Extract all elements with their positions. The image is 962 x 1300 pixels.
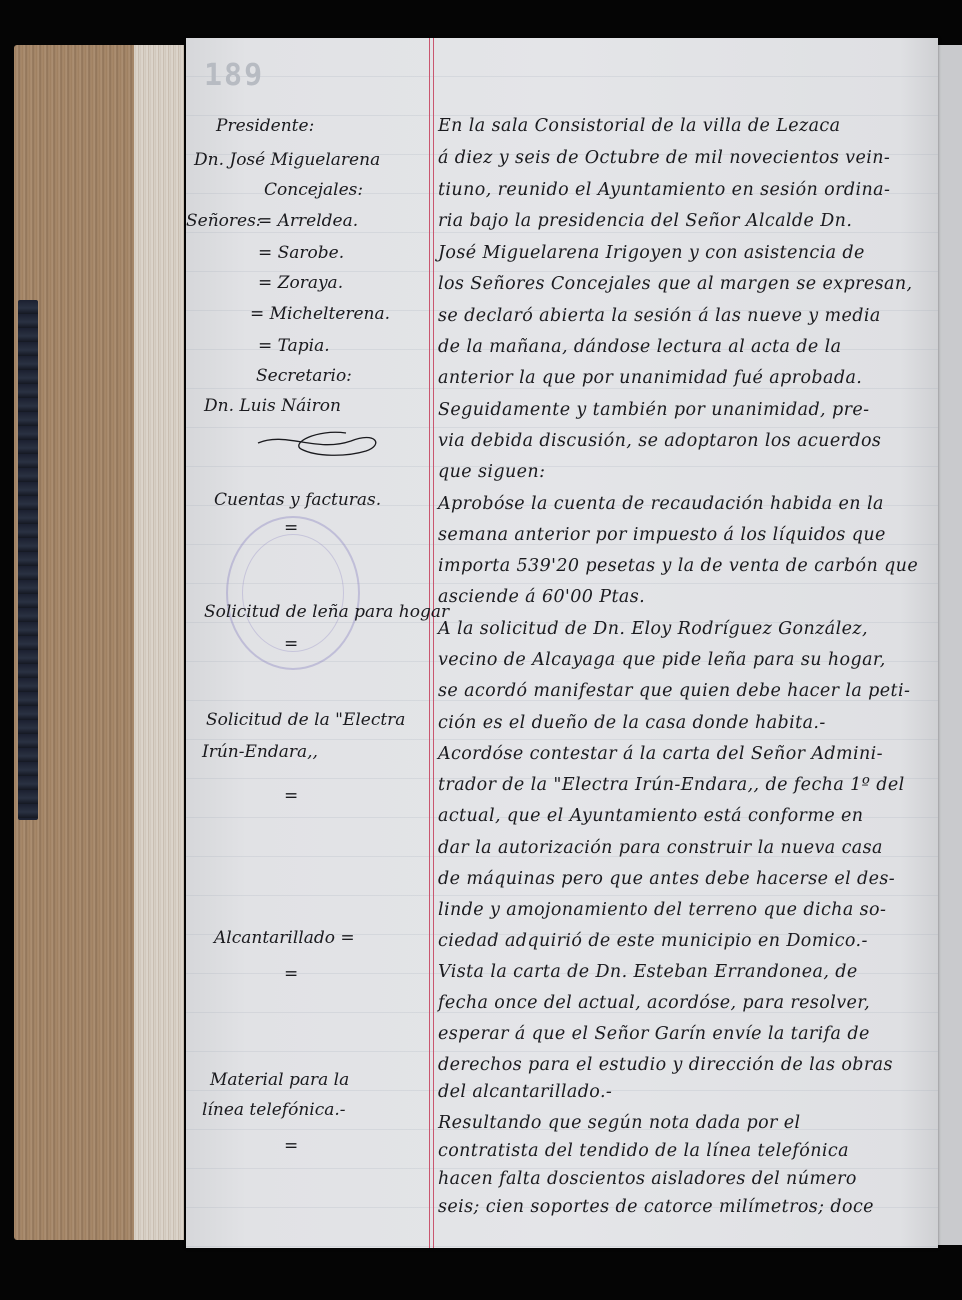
senores-label: Señores: [186, 211, 262, 231]
body-line: ción es el dueño de la casa donde habita… [438, 713, 826, 733]
margin-note-mark: = [284, 786, 298, 806]
body-line: Resultando que según nota dada por el [438, 1113, 801, 1133]
body-line: Acordóse contestar á la carta del Señor … [438, 744, 883, 764]
body-line: importa 539'20 pesetas y la de venta de … [438, 556, 918, 576]
councillors-heading: Concejales: [264, 180, 363, 200]
councillor: = Sarobe. [258, 243, 344, 263]
margin-note-telephone-line1: Material para la [210, 1070, 349, 1090]
body-line: tiuno, reunido el Ayuntamiento en sesión… [438, 180, 890, 200]
margin-note-accounts: Cuentas y facturas. [214, 490, 381, 510]
body-line: seis; cien soportes de catorce milímetro… [438, 1197, 874, 1217]
body-line: vecino de Alcayaga que pide leña para su… [438, 650, 886, 670]
margin-note-sewerage: Alcantarillado = [214, 928, 355, 948]
margin-note-electra-line1: Solicitud de la "Electra [206, 710, 405, 730]
secretary-heading: Secretario: [256, 366, 352, 386]
body-line: En la sala Consistorial de la villa de L… [438, 116, 840, 136]
councillor: = Arreldea. [258, 211, 358, 231]
body-line: linde y amojonamiento del terreno que di… [438, 900, 886, 920]
margin-note-mark: = [284, 964, 298, 984]
body-line: actual, que el Ayuntamiento está conform… [438, 806, 863, 826]
secretary-name: Dn. Luis Náiron [204, 396, 341, 416]
margin-note-electra-line2: Irún-Endara,, [202, 742, 318, 762]
body-line: asciende á 60'00 Ptas. [438, 587, 645, 607]
ledger-page: 189 Presidente: Dn. José Miguelarena Con… [186, 38, 938, 1248]
margin-note-mark: = [284, 1136, 298, 1156]
margin-note-mark: = [284, 518, 298, 538]
body-line: A la solicitud de Dn. Eloy Rodríguez Gon… [438, 619, 868, 639]
book-page-edges [14, 45, 184, 1240]
body-line: trador de la "Electra Irún-Endara,, de f… [438, 775, 905, 795]
margin-note-firewood: Solicitud de leña para hogar [204, 602, 449, 622]
body-line: se declaró abierta la sesión á las nueve… [438, 306, 881, 326]
body-line: Vista la carta de Dn. Esteban Errandonea… [438, 962, 858, 982]
body-line: derechos para el estudio y dirección de … [438, 1055, 893, 1075]
margin-note-mark: = [284, 634, 298, 654]
page-number: 189 [204, 58, 264, 93]
councillor: = Zoraya. [258, 273, 343, 293]
body-line: José Miguelarena Irigoyen y con asistenc… [438, 243, 865, 263]
body-line: los Señores Concejales que al margen se … [438, 274, 912, 294]
body-line: que siguen: [438, 462, 545, 482]
body-line: contratista del tendido de la línea tele… [438, 1141, 849, 1161]
body-line: á diez y seis de Octubre de mil novecien… [438, 148, 890, 168]
body-line: Seguidamente y también por unanimidad, p… [438, 400, 869, 420]
body-line: del alcantarillado.- [438, 1082, 612, 1102]
body-line: hacen falta doscientos aisladores del nú… [438, 1169, 857, 1189]
signature-flourish [256, 423, 386, 463]
body-line: ciedad adquirió de este municipio en Dom… [438, 931, 868, 951]
body-line: de máquinas pero que antes debe hacerse … [438, 869, 895, 889]
body-line: ria bajo la presidencia del Señor Alcald… [438, 211, 852, 231]
body-line: se acordó manifestar que quien debe hace… [438, 681, 910, 701]
councillor: = Tapia. [258, 336, 330, 356]
body-line: dar la autorización para construir la nu… [438, 838, 883, 858]
margin-rule [429, 38, 434, 1248]
body-line: semana anterior por impuesto á los líqui… [438, 525, 886, 545]
body-line: fecha once del actual, acordóse, para re… [438, 993, 870, 1013]
councillor: = Michelterena. [250, 304, 390, 324]
president-name: Dn. José Miguelarena [194, 150, 380, 170]
president-heading: Presidente: [216, 116, 314, 136]
body-line: via debida discusión, se adoptaron los a… [438, 431, 881, 451]
margin-note-telephone-line2: línea telefónica.- [202, 1100, 346, 1120]
body-line: Aprobóse la cuenta de recaudación habida… [438, 494, 884, 514]
next-page-edge [938, 45, 962, 1245]
body-line: esperar á que el Señor Garín envíe la ta… [438, 1024, 870, 1044]
book-cover-leather [18, 300, 38, 820]
body-line: anterior la que por unanimidad fué aprob… [438, 368, 862, 388]
body-line: de la mañana, dándose lectura al acta de… [438, 337, 841, 357]
